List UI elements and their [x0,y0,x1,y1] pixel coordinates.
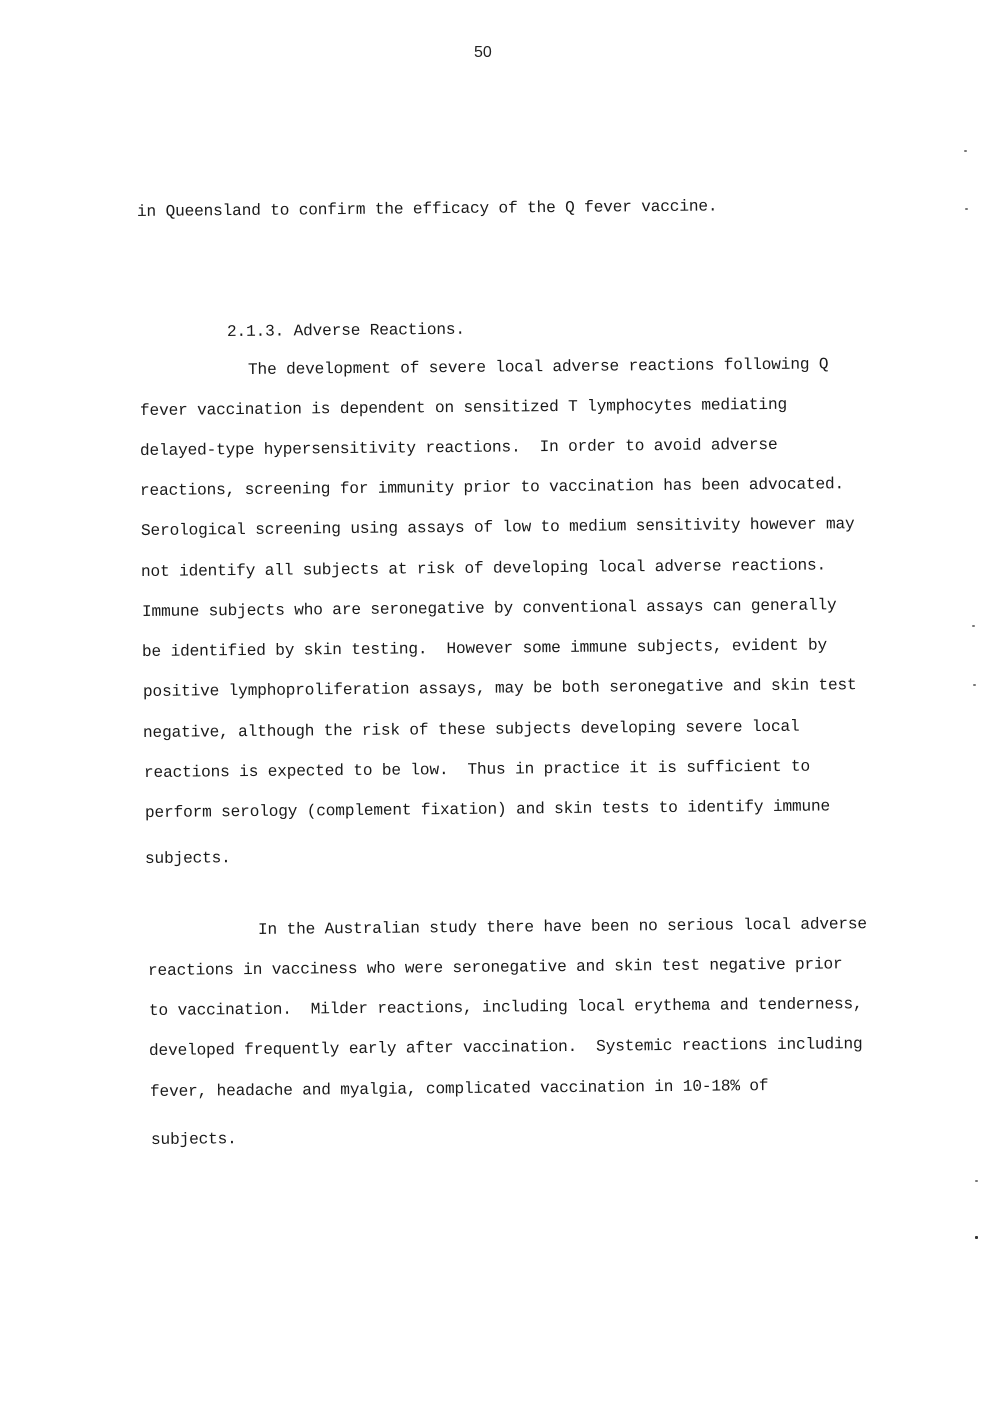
text-line: Immune subjects who are seronegative by … [142,596,837,621]
text-line: to vaccination. Milder reactions, includ… [149,995,863,1020]
scan-speck [973,684,976,686]
text-line: be identified by skin testing. However s… [142,636,827,661]
text-line: not identify all subjects at risk of dev… [141,556,826,581]
scan-speck [972,625,975,627]
text-line: subjects. [145,849,231,868]
text-line: subjects. [151,1130,237,1149]
page-number: 50 [474,44,492,62]
text-line: The development of severe local adverse … [248,355,829,379]
scan-speck [964,150,967,152]
text-line: in Queensland to confirm the efficacy of… [137,197,718,221]
section-heading: 2.1.3. Adverse Reactions. [227,321,465,341]
text-line: reactions in vacciness who were seronega… [148,955,843,980]
text-line: fever, headache and myalgia, complicated… [150,1077,769,1101]
text-line: Serological screening using assays of lo… [141,515,855,540]
text-line: In the Australian study there have been … [258,915,867,939]
scan-speck [975,1236,978,1239]
text-line: negative, although the risk of these sub… [143,718,800,742]
text-line: developed frequently early after vaccina… [149,1035,863,1060]
text-line: reactions is expected to be low. Thus in… [144,758,810,782]
text-line: perform serology (complement fixation) a… [145,797,830,822]
text-line: fever vaccination is dependent on sensit… [140,396,787,420]
scan-speck [965,208,968,210]
text-line: delayed-type hypersensitivity reactions.… [140,436,778,460]
text-line: positive lymphoproliferation assays, may… [143,676,857,701]
text-line: reactions, screening for immunity prior … [140,475,844,500]
scan-speck [975,1180,978,1182]
